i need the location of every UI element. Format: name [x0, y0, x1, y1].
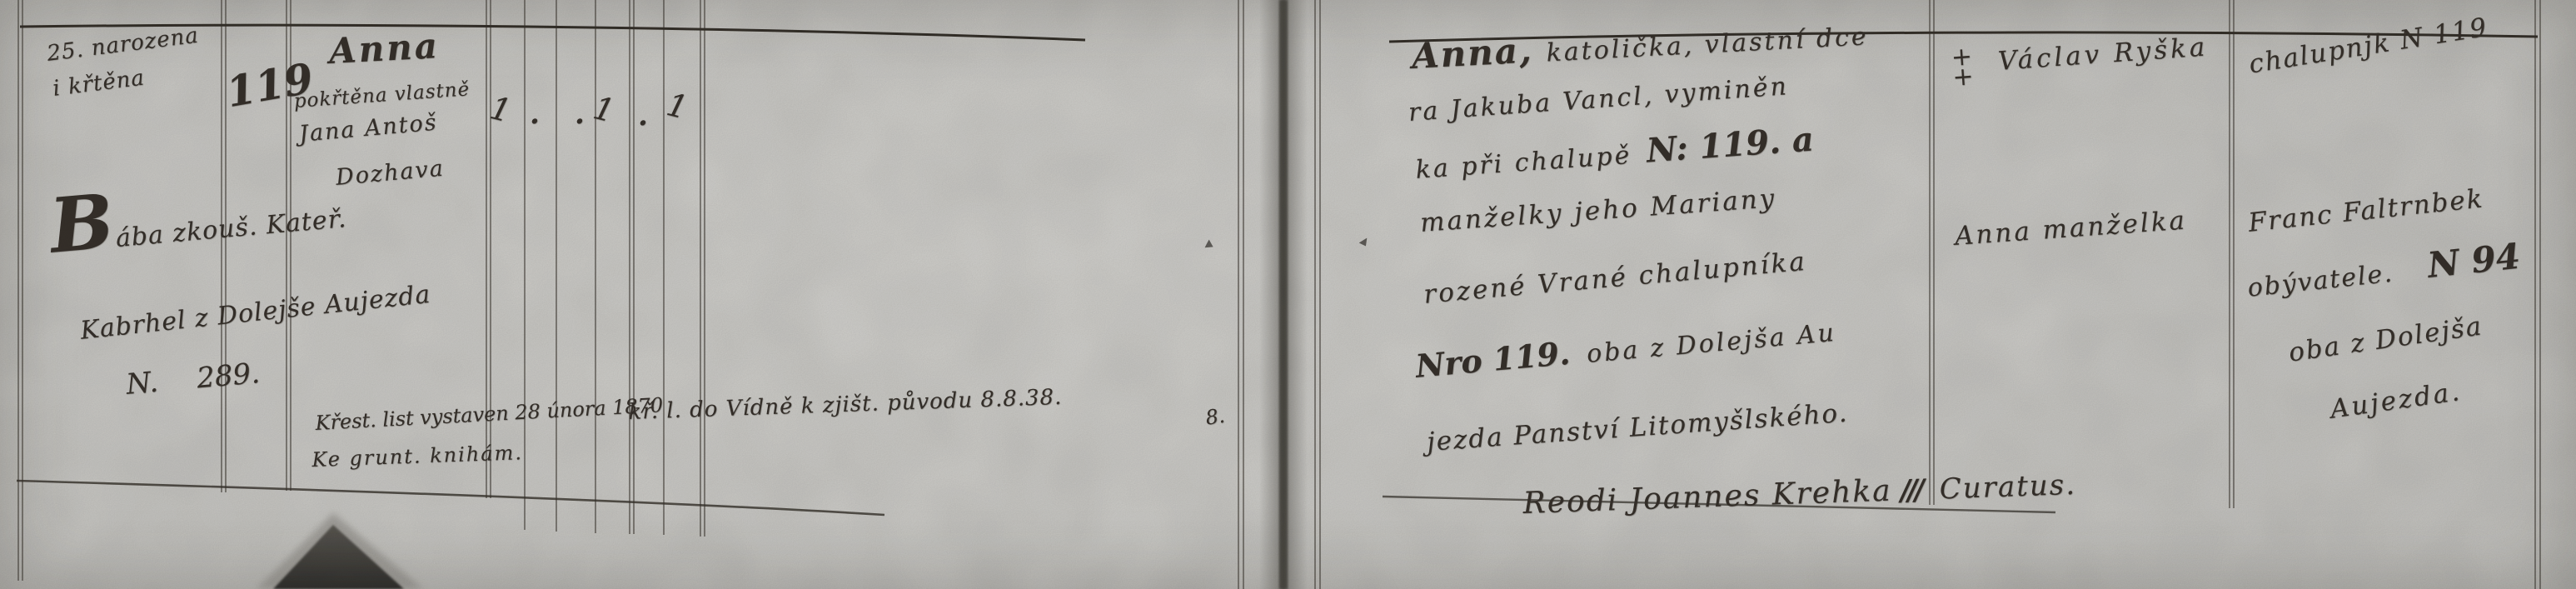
entry-house-number: N: 119. a: [1645, 122, 1815, 169]
ink-speck: [1358, 238, 1369, 248]
curate-signature-title: Curatus.: [1939, 471, 2076, 505]
register-scan: 25. narozena i křtěna 119 Anna pokřtěna …: [0, 0, 2576, 589]
curate-signature: Reodi Joannes Krehka /// Curatus.: [1522, 469, 2077, 520]
birth-baptism-date-line1: 25. narozena: [46, 25, 200, 66]
entry-line6-text: oba z Dolejša Au: [1586, 320, 1837, 368]
entry-line2: ra Jakuba Vancl, vyminěn: [1408, 73, 1790, 126]
entry-line4: manželky jeho Mariany: [1419, 185, 1777, 237]
tick-column-3: .: [575, 100, 585, 130]
entry-line3: ka při chalupě N: 119. a: [1414, 122, 1815, 185]
entry-line5: rozené Vrané chalupníka: [1423, 248, 1808, 309]
child-name: Anna: [328, 27, 441, 70]
residence-line2: Franc Faltrnbek: [2247, 185, 2485, 237]
land-records-note: Ke grunt. knihám.: [311, 442, 523, 471]
tick-column-4: 1: [590, 92, 617, 129]
midwife-house-number: N. 289.: [125, 359, 261, 401]
birth-baptism-date-line2: i křtěna: [52, 67, 146, 101]
certificate-issued-note: Křest. list vystaven 28 února 1870: [315, 395, 664, 434]
entry-line3-text: ka při chalupě: [1415, 142, 1633, 184]
tick-column-2: .: [530, 100, 540, 130]
godparent-witness2: Anna manželka: [1954, 207, 2188, 251]
baptizer-name-line2: Dozhava: [335, 157, 446, 191]
vienna-origin-note: kř. l. do Vídně k zjišt. původu 8.8.38.: [628, 387, 1063, 424]
tick-column-5: .: [638, 102, 648, 132]
entry-line6: Nro 119. oba z Dolejša Au: [1414, 313, 1837, 383]
residence-line5: Aujezda.: [2329, 378, 2464, 423]
residence-house-number: N 94: [2426, 238, 2522, 285]
tick-column-6: 1: [663, 88, 690, 126]
book-fold-core: [1279, 0, 1288, 589]
entry-line6-number: Nro 119.: [1414, 337, 1572, 383]
signature-flourish: ///: [1900, 476, 1921, 507]
bottom-edge-shadow-cone: [233, 500, 450, 589]
residence-line3-text: obývatele.: [2246, 261, 2394, 302]
stray-ink-mark: 8.: [1204, 406, 1226, 429]
residence-line4: oba z Dolejša: [2287, 312, 2484, 367]
entry-child-name: Anna,: [1411, 32, 1534, 75]
entry-line1-rest: katolička, vlastní dce: [1546, 23, 1870, 67]
midwife-note-line2: Kabrhel z Dolejše Aujezda: [79, 282, 432, 345]
godparent-cross-marks: + +: [1951, 47, 1974, 88]
entry-line7: jezda Panství Litomyšlského.: [1426, 400, 1849, 457]
entry-line1: Anna, katolička, vlastní dce: [1411, 14, 1869, 75]
cross-mark-bottom: +: [1951, 62, 1975, 92]
curate-signature-name: Reodi Joannes Krehka: [1522, 476, 1892, 520]
midwife-note-line1: Bába zkouš. Kateř.: [50, 197, 347, 257]
residence-line3: obývatele. N 94: [2245, 238, 2522, 303]
godparent-witness1: Václav Ryška: [1997, 33, 2209, 75]
ink-speck: [1204, 239, 1215, 251]
baptizer-name-line: Jana Antoš: [298, 111, 439, 147]
baptism-note-line: pokřtěna vlastně: [293, 79, 471, 112]
residence-line1: chalupnjk N 119: [2247, 14, 2489, 78]
tick-column-1: 1: [486, 92, 514, 129]
